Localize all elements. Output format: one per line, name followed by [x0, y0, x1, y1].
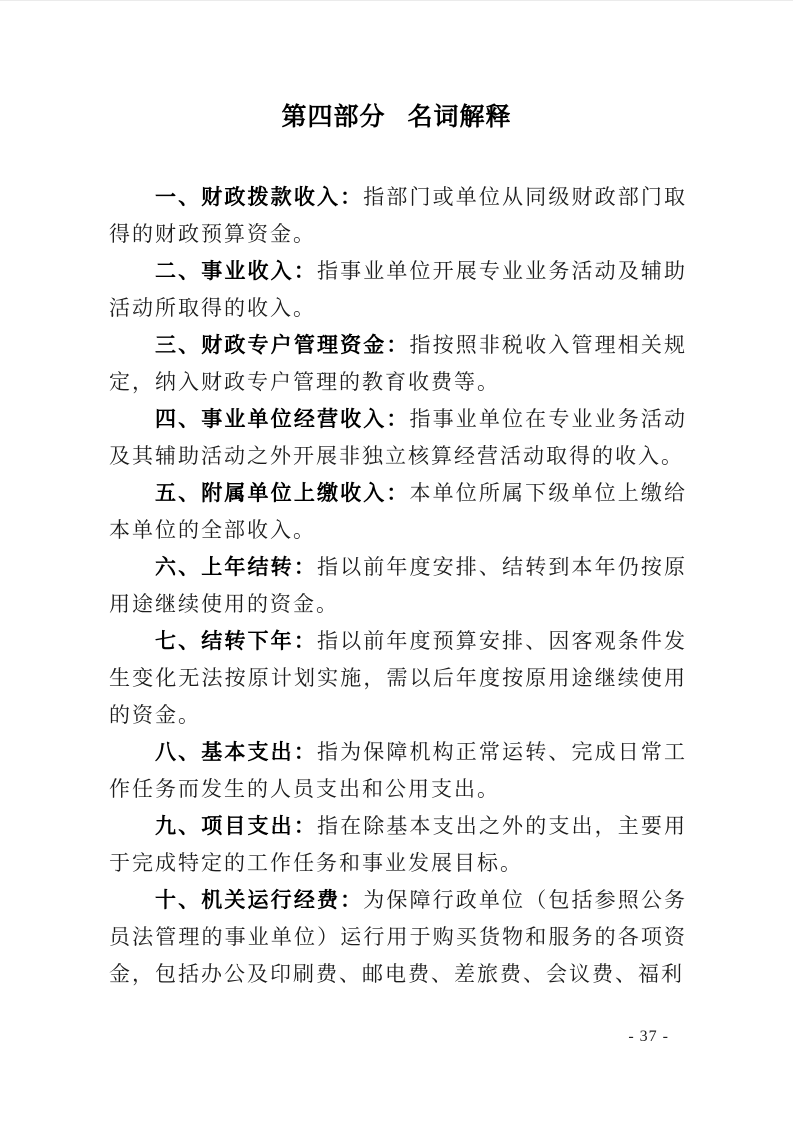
term-label: 六、上年结转：: [155, 556, 317, 579]
term-label: 三、财政专户管理资金：: [155, 334, 410, 357]
glossary-item: 十、机关运行经费：为保障行政单位（包括参照公务员法管理的事业单位）运行用于购买货…: [109, 882, 687, 993]
glossary-item: 四、事业单位经营收入：指事业单位在专业业务活动及其辅助活动之外开展非独立核算经营…: [109, 401, 687, 475]
glossary-item: 二、事业收入：指事业单位开展专业业务活动及辅助活动所取得的收入。: [109, 253, 687, 327]
term-label: 七、结转下年：: [155, 630, 317, 653]
glossary-item: 六、上年结转：指以前年度安排、结转到本年仍按原用途继续使用的资金。: [109, 549, 687, 623]
page-title: 第四部分 名词解释: [0, 100, 793, 134]
glossary-item: 一、财政拨款收入：指部门或单位从同级财政部门取得的财政预算资金。: [109, 179, 687, 253]
term-label: 五、附属单位上缴收入：: [155, 482, 410, 505]
page-number: - 37 -: [628, 1028, 669, 1046]
glossary-item: 九、项目支出：指在除基本支出之外的支出，主要用于完成特定的工作任务和事业发展目标…: [109, 808, 687, 882]
glossary-item: 八、基本支出：指为保障机构正常运转、完成日常工作任务而发生的人员支出和公用支出。: [109, 734, 687, 808]
document-page: 第四部分 名词解释 一、财政拨款收入：指部门或单位从同级财政部门取得的财政预算资…: [0, 0, 793, 1122]
term-label: 二、事业收入：: [155, 260, 317, 283]
glossary-item: 七、结转下年：指以前年度预算安排、因客观条件发生变化无法按原计划实施，需以后年度…: [109, 623, 687, 734]
glossary-item: 五、附属单位上缴收入：本单位所属下级单位上缴给本单位的全部收入。: [109, 475, 687, 549]
term-label: 九、项目支出：: [155, 815, 317, 838]
glossary-body: 一、财政拨款收入：指部门或单位从同级财政部门取得的财政预算资金。 二、事业收入：…: [109, 179, 687, 993]
glossary-item: 三、财政专户管理资金：指按照非税收入管理相关规定，纳入财政专户管理的教育收费等。: [109, 327, 687, 401]
term-label: 八、基本支出：: [155, 741, 317, 764]
term-label: 十、机关运行经费：: [155, 889, 363, 912]
term-label: 四、事业单位经营收入：: [155, 408, 410, 431]
term-label: 一、财政拨款收入：: [155, 186, 363, 209]
